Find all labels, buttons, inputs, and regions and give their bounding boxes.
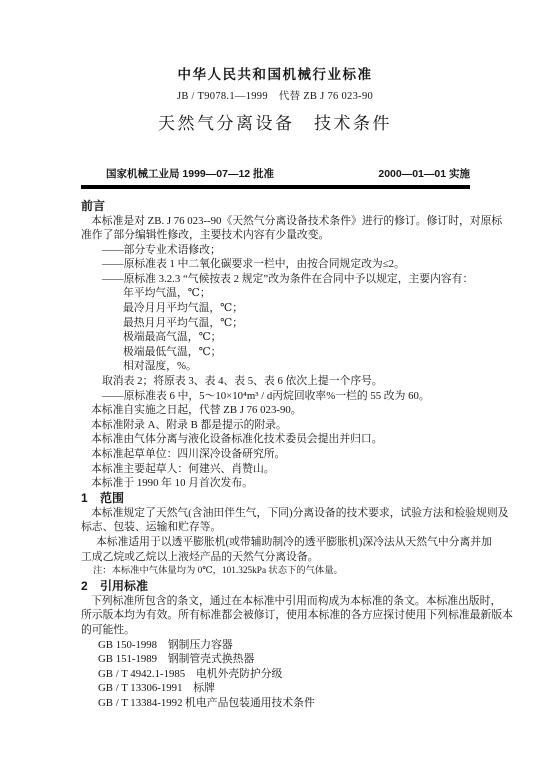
section-heading-references: 2引用标准 xyxy=(81,579,472,594)
foreword-line: 本标准是对 ZB. J 76 023--90《天然气分离设备技术条件》进行的修订… xyxy=(81,214,472,229)
document-page: 中华人民共和国机械行业标准 JB / T9078.1—1999 代替 ZB J … xyxy=(0,0,550,778)
foreword-line: 年平均气温，℃； xyxy=(81,286,472,301)
document-body: 前言 本标准是对 ZB. J 76 023--90《天然气分离设备技术条件》进行… xyxy=(81,199,472,711)
referenced-standard: GB / T 13306-1991 标牌 xyxy=(81,681,472,696)
foreword-line: 极端最低气温，℃； xyxy=(81,345,472,360)
scope-line: 标志、包装、运输和贮存等。 xyxy=(81,520,472,535)
foreword-line: 极端最高气温，℃； xyxy=(81,330,472,345)
foreword-line: ——原标准表 6 中，5～10×10⁴m³ / d丙烷回收率%一栏的 55 改为… xyxy=(81,389,472,404)
foreword-line: 相对湿度，%。 xyxy=(81,359,472,374)
foreword-line: 本标准起草单位：四川深冷设备研究所。 xyxy=(81,447,472,462)
section-number: 1 xyxy=(81,491,91,506)
foreword-heading: 前言 xyxy=(81,199,472,214)
foreword-line: 最热月月平均气温，℃； xyxy=(81,316,472,331)
document-title: 天然气分离设备 技术条件 xyxy=(0,113,550,135)
section-number: 2 xyxy=(81,579,91,594)
scope-line: 本标准规定了天然气(含油田伴生气，下同)分离设备的技术要求，试验方法和检验规则及 xyxy=(81,506,472,521)
scope-line: 本标准适用于以透平膨胀机(或带辅助制冷的透平膨胀机)深冷法从天然气中分离并加 xyxy=(81,535,472,550)
referenced-standard: GB / T 4942.1-1985 电机外壳防护分级 xyxy=(81,667,472,682)
foreword-line: 取消表 2；将原表 3、表 4、表 5、表 6 依次上提一个序号。 xyxy=(81,374,472,389)
scope-line: 工成乙烷或乙烷以上液烃产品的天然气分离设备。 xyxy=(81,550,472,565)
foreword-line: 本标准自实施之日起，代替 ZB J 76 023-90。 xyxy=(81,403,472,418)
header-rule xyxy=(81,185,470,189)
approval-date-text: 国家机械工业局 1999—07—12 批准 xyxy=(80,167,274,181)
section-title: 范围 xyxy=(100,491,124,505)
effective-date-text: 2000—01—01 实施 xyxy=(378,167,470,181)
references-line: 所示版本均为有效。所有标准都会被修订，使用本标准的各方应探讨使用下列标准最新版本 xyxy=(81,608,472,623)
standard-org-line: 中华人民共和国机械行业标准 xyxy=(0,66,550,84)
references-line: 下列标准所包含的条文，通过在本标准中引用而构成为本标准的条文。本标准出版时， xyxy=(81,594,472,609)
scope-note: 注：本标准中气体量均为 0℃，101.325kPa 状态下的气体量。 xyxy=(81,564,472,579)
approval-row: 国家机械工业局 1999—07—12 批准 2000—01—01 实施 xyxy=(80,167,470,181)
foreword-line: ——原标准表 1 中二氧化碳要求一栏中，由按合同规定改为≤2。 xyxy=(81,257,472,272)
references-line: 的可能性。 xyxy=(81,623,472,638)
foreword-line: 本标准由气体分离与液化设备标准化技术委员会提出并归口。 xyxy=(81,432,472,447)
foreword-line: ——原标准 3.2.3 “气候按表 2 规定”改为条件在合同中予以规定，主要内容… xyxy=(81,272,472,287)
section-title: 引用标准 xyxy=(100,579,148,593)
referenced-standard: GB 151-1989 钢制管壳式换热器 xyxy=(81,652,472,667)
section-heading-scope: 1范围 xyxy=(81,491,472,506)
foreword-line: 最冷月月平均气温，℃； xyxy=(81,301,472,316)
foreword-line: 本标准主要起草人：何建兴、肖赞山。 xyxy=(81,462,472,477)
foreword-line: ——部分专业术语修改； xyxy=(81,243,472,258)
referenced-standard: GB 150-1998 钢制压力容器 xyxy=(81,638,472,653)
foreword-line: 准作了部分编辑性修改，主要技术内容有少量改变。 xyxy=(81,228,472,243)
standard-code-line: JB / T9078.1—1999 代替 ZB J 76 023-90 xyxy=(0,90,550,103)
foreword-line: 本标准附录 A、附录 B 都是提示的附录。 xyxy=(81,418,472,433)
document-header: 中华人民共和国机械行业标准 JB / T9078.1—1999 代替 ZB J … xyxy=(0,0,550,189)
referenced-standard: GB / T 13384-1992 机电产品包装通用技术条件 xyxy=(81,696,472,711)
foreword-line: 本标准于 1990 年 10 月首次发布。 xyxy=(81,476,472,491)
